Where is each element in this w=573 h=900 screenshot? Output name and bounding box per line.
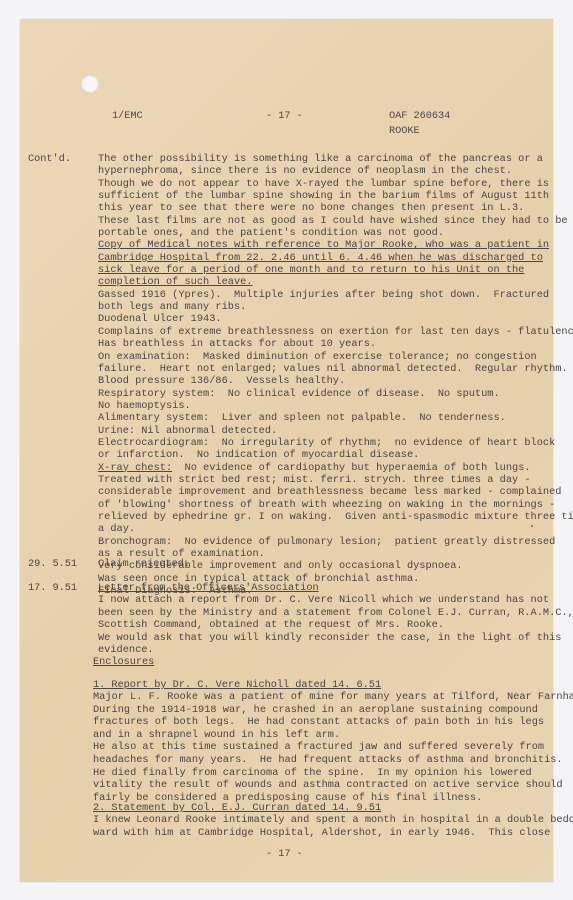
letter-body: I now attach a report from Dr. C. Vere N…	[98, 594, 573, 657]
enclosure-1-body: Major L. F. Rooke was a patient of mine …	[93, 691, 573, 804]
text-line: Copy of Medical notes with reference to …	[98, 239, 573, 251]
text-line: or infarction. No indication of myocardi…	[98, 449, 573, 461]
text-line: I now attach a report from Dr. C. Vere N…	[98, 594, 573, 607]
text-line: He also at this time sustained a fractur…	[93, 741, 573, 754]
text-line: vitality the result of wounds and asthma…	[93, 779, 573, 792]
text-line: We would ask that you will kindly recons…	[98, 632, 573, 645]
text-line: The other possibility is something like …	[98, 153, 573, 165]
enclosure-1-heading: 1. Report by Dr. C. Vere Nicholl dated 1…	[93, 679, 381, 691]
entry-date-letter: 17. 9.51	[28, 582, 77, 594]
text-line: Complains of extreme breathlessness on e…	[98, 326, 573, 338]
header-reference: 1/EMC	[112, 110, 143, 122]
text-line: Electrocardiogram: No irregularity of rh…	[98, 437, 573, 449]
text-line: Gassed 1916 (Ypres). Multiple injuries a…	[98, 289, 573, 301]
text-line: X-ray chest: No evidence of cardiopathy …	[98, 462, 573, 474]
text-line: Bronchogram: No evidence of pulmonary le…	[98, 536, 573, 548]
margin-label-contd: Cont'd.	[28, 153, 71, 165]
text-line: portable ones, and the patient's conditi…	[98, 227, 573, 239]
text-line: He died finally from carcinoma of the sp…	[93, 767, 573, 780]
enclosure-2-body: I knew Leonard Rooke intimately and spen…	[93, 814, 573, 839]
text-line: I knew Leonard Rooke intimately and spen…	[93, 814, 573, 827]
text-line: failure. Heart not enlarged; values nil …	[98, 363, 573, 375]
text-line: ward with him at Cambridge Hospital, Ald…	[93, 827, 573, 840]
entry-date-claim: 29. 5.51	[28, 558, 77, 570]
text-line: sick leave for a period of one month and…	[98, 264, 573, 276]
text-line: sufficient of the lumbar spine showing i…	[98, 190, 573, 202]
enclosure-2-heading: 2. Statement by Col. E.J. Curran dated 1…	[93, 802, 381, 814]
text-line: Major L. F. Rooke was a patient of mine …	[93, 691, 573, 704]
text-line: of 'blowing' shortness of breath with wh…	[98, 499, 573, 511]
text-line: relieved by ephedrine gr. I on waking. G…	[98, 511, 573, 523]
text-line: Cambridge Hospital from 22. 2.46 until 6…	[98, 252, 573, 264]
text-line: Alimentary system: Liver and spleen not …	[98, 412, 573, 424]
text-line: this year to see that there were no bone…	[98, 202, 573, 214]
document-page: 1/EMC - 17 - OAF 260634 ROOKE Cont'd. Th…	[20, 19, 553, 882]
text-line: During the 1914-1918 war, he crashed in …	[93, 704, 573, 717]
letter-heading: Letter from the Officers'Association	[98, 582, 319, 594]
text-line: Scottish Command, obtained at the reques…	[98, 619, 573, 632]
ink-speck	[531, 525, 533, 527]
text-line: and in a shrapnel wound in his left arm.	[93, 729, 573, 742]
text-line: No haemoptysis.	[98, 400, 573, 412]
text-line: both legs and many ribs.	[98, 301, 573, 313]
text-line: been seen by the Ministry and a statemen…	[98, 607, 573, 620]
text-line: Treated with strict bed rest; mist. ferr…	[98, 474, 573, 486]
text-line: Urine: Nil abnormal detected.	[98, 425, 573, 437]
medical-notes-block: The other possibility is something like …	[98, 153, 573, 597]
header-name: ROOKE	[389, 125, 420, 137]
text-line: considerable improvement and breathlessn…	[98, 486, 573, 498]
underlined-label: X-ray chest:	[98, 462, 172, 474]
text-line: hypernephroma, since there is no evidenc…	[98, 165, 573, 177]
text-line: Respiratory system: No clinical evidence…	[98, 388, 573, 400]
footer-page-number: - 17 -	[266, 848, 303, 860]
header-page-number: - 17 -	[266, 110, 303, 122]
entry-text-claim: Claim rejected.	[98, 558, 190, 570]
text-line: On examination: Masked diminution of exe…	[98, 351, 573, 363]
text-line: Though we do not appear to have X-rayed …	[98, 178, 573, 190]
text-line: Duodenal Ulcer 1943.	[98, 313, 573, 325]
text-line: Has breathless in attacks for about 10 y…	[98, 338, 573, 350]
text-line: evidence.	[98, 644, 573, 657]
header-file-number: OAF 260634	[389, 110, 450, 122]
text-line: These last films are not as good as I co…	[98, 215, 573, 227]
text-line: completion of such leave.	[98, 276, 573, 288]
text-line: fractures of both legs. He had constant …	[93, 716, 573, 729]
enclosures-heading: Enclosures	[93, 656, 154, 668]
text-line: Blood pressure 136/86. Vessels healthy.	[98, 375, 573, 387]
text-line: a day.	[98, 523, 573, 535]
punch-hole	[81, 75, 99, 93]
text-line: headaches for many years. He had frequen…	[93, 754, 573, 767]
